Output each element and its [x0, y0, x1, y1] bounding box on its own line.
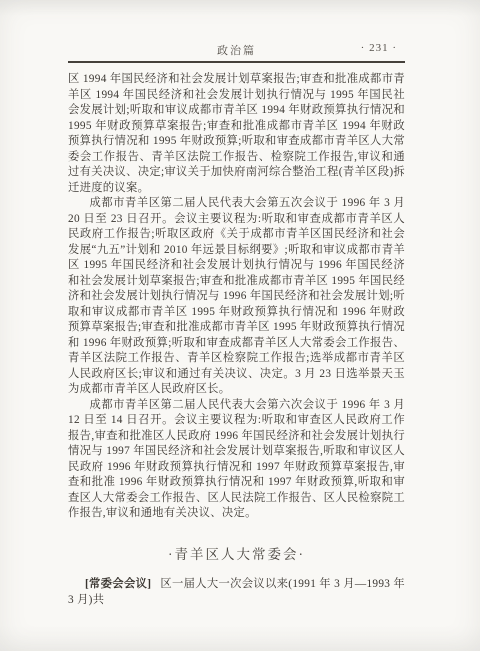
body-text: 区 1994 年国民经济和社会发展计划草案报告;审查和批准成都市青羊区 1994… [68, 72, 405, 608]
entry-paragraph: [常委会会议]区一届人大一次会议以来(1991 年 3 月—1993 年 3 月… [68, 577, 405, 608]
page-number: · 231 · [361, 42, 397, 54]
scanned-book-page: 政治篇 · 231 · 区 1994 年国民经济和社会发展计划草案报告;审查和批… [0, 0, 480, 651]
section-heading: ·青羊区人大常委会· [68, 547, 405, 563]
running-head-section-title: 政治篇 [217, 42, 256, 58]
text-block: 政治篇 · 231 · 区 1994 年国民经济和社会发展计划草案报告;审查和批… [68, 42, 405, 608]
paragraph-fifth-session: 成都市青羊区第二届人民代表大会第五次会议于 1996 年 3 月 20 日至 2… [68, 196, 405, 398]
paragraph-continuation: 区 1994 年国民经济和社会发展计划草案报告;审查和批准成都市青羊区 1994… [68, 72, 405, 196]
paragraph-sixth-session: 成都市青羊区第二届人民代表大会第六次会议于 1996 年 3 月 12 日至 1… [68, 398, 405, 522]
entry-label: [常委会会议] [85, 578, 160, 590]
header-rule [68, 61, 405, 63]
running-header: 政治篇 · 231 · [68, 42, 405, 57]
